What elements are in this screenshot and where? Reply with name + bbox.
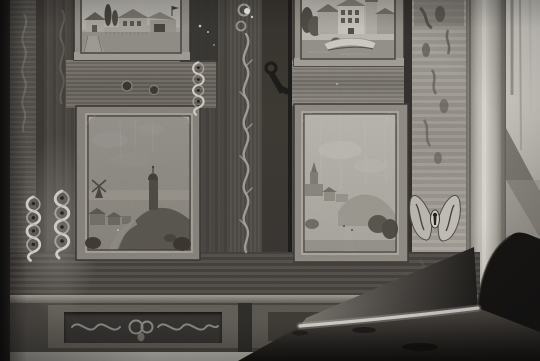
photograph [0,0,540,361]
photo-detail-layer [0,0,540,361]
film-grain [0,0,540,361]
